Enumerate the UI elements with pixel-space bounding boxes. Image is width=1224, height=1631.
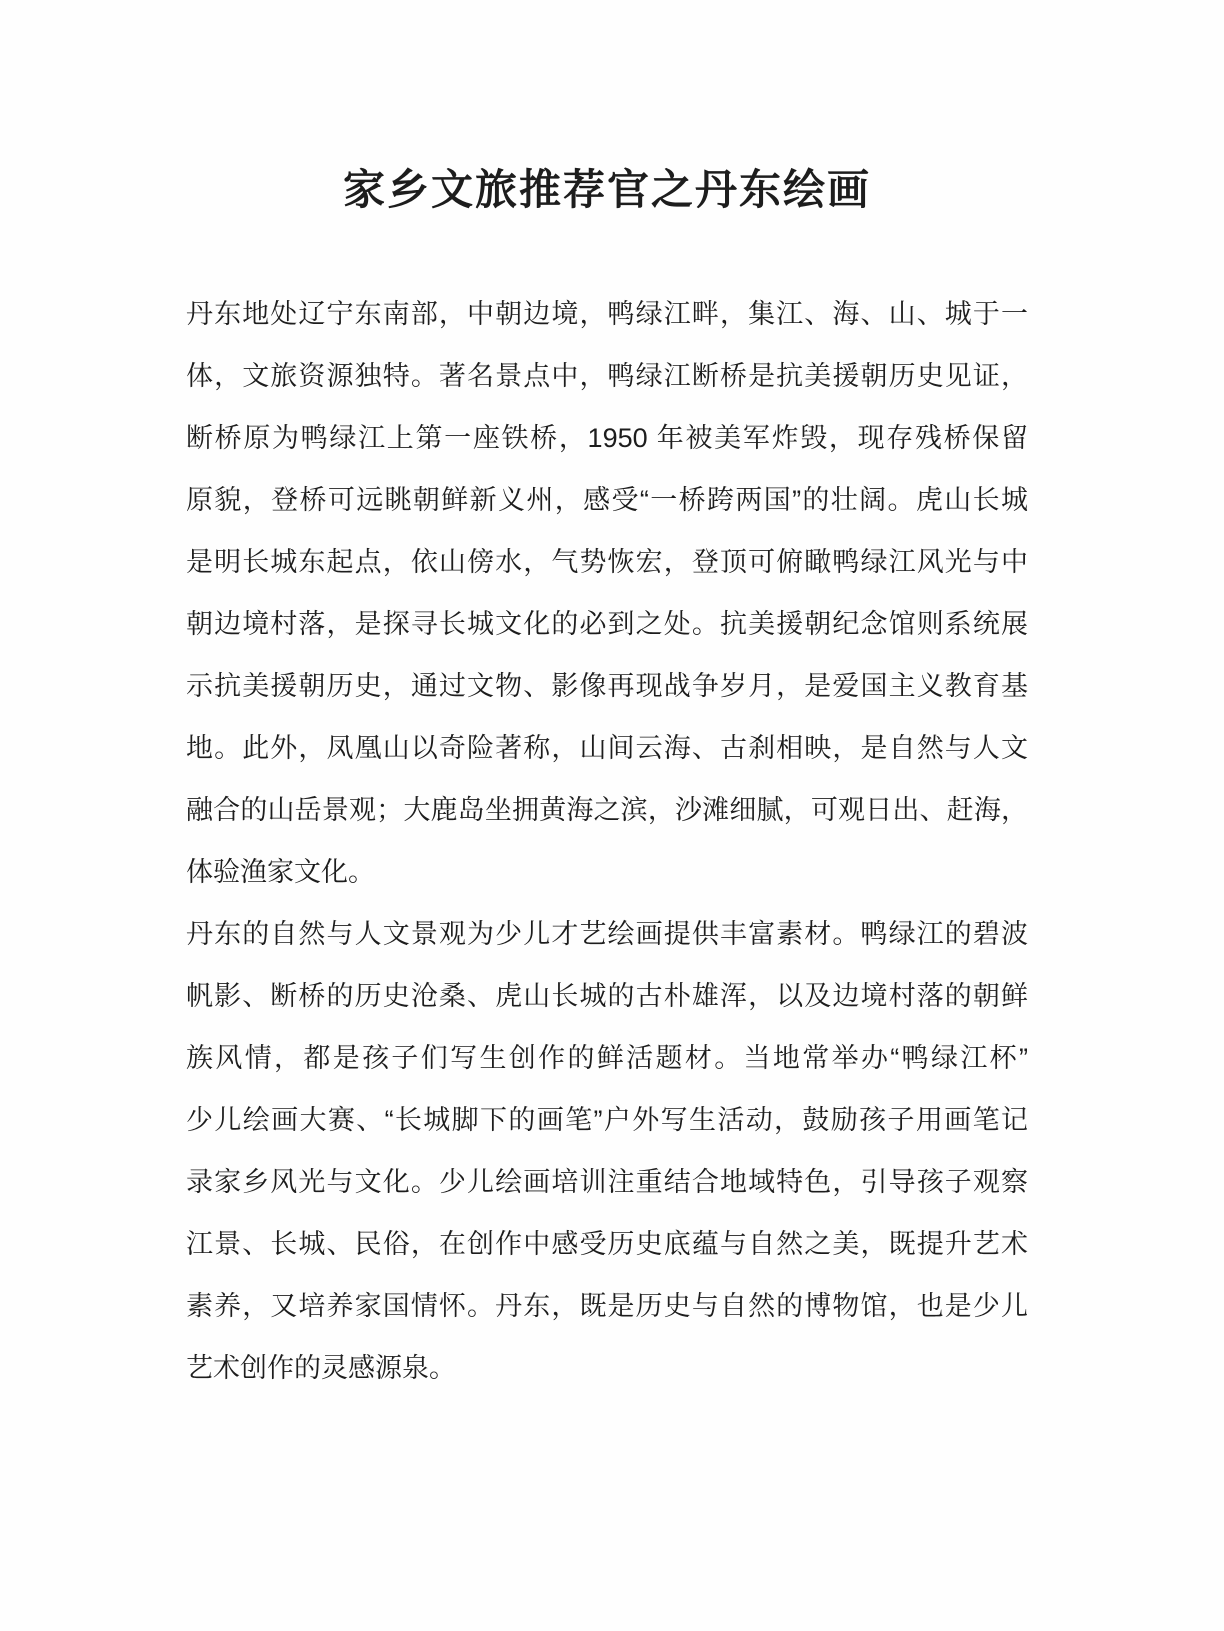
paragraph-line: 原貌，登桥可远眺朝鲜新义州，感受“一桥跨两国”的壮阔。虎山长城 [186,469,1028,531]
paragraph-line: 朝边境村落，是探寻长城文化的必到之处。抗美援朝纪念馆则系统展 [186,593,1028,655]
paragraph-line: 艺术创作的灵感源泉。 [186,1337,1028,1399]
paragraph-line: 示抗美援朝历史，通过文物、影像再现战争岁月，是爱国主义教育基 [186,655,1028,717]
paragraph-line: 断桥原为鸭绿江上第一座铁桥，1950 年被美军炸毁，现存残桥保留 [186,407,1028,469]
paragraph-line: 体验渔家文化。 [186,841,1028,903]
paragraph-line: 是明长城东起点，依山傍水，气势恢宏，登顶可俯瞰鸭绿江风光与中 [186,531,1028,593]
document-body: 丹东地处辽宁东南部，中朝边境，鸭绿江畔，集江、海、山、城于一 体，文旅资源独特。… [186,283,1028,1399]
paragraph-line: 少儿绘画大赛、“长城脚下的画笔”户外写生活动，鼓励孩子用画笔记 [186,1089,1028,1151]
paragraph-line: 江景、长城、民俗，在创作中感受历史底蕴与自然之美，既提升艺术 [186,1213,1028,1275]
paragraph-line: 帆影、断桥的历史沧桑、虎山长城的古朴雄浑，以及边境村落的朝鲜 [186,965,1028,1027]
document-title: 家乡文旅推荐官之丹东绘画 [186,160,1028,219]
paragraph-line: 丹东的自然与人文景观为少儿才艺绘画提供丰富素材。鸭绿江的碧波 [186,903,1028,965]
paragraph-line: 录家乡风光与文化。少儿绘画培训注重结合地域特色，引导孩子观察 [186,1151,1028,1213]
paragraph-line: 融合的山岳景观；大鹿岛坐拥黄海之滨，沙滩细腻，可观日出、赶海， [186,779,1028,841]
paragraph-line: 丹东地处辽宁东南部，中朝边境，鸭绿江畔，集江、海、山、城于一 [186,283,1028,345]
paragraph-1: 丹东地处辽宁东南部，中朝边境，鸭绿江畔，集江、海、山、城于一 体，文旅资源独特。… [186,283,1028,903]
paragraph-line: 族风情，都是孩子们写生创作的鲜活题材。当地常举办“鸭绿江杯” [186,1027,1028,1089]
paragraph-2: 丹东的自然与人文景观为少儿才艺绘画提供丰富素材。鸭绿江的碧波 帆影、断桥的历史沧… [186,903,1028,1399]
paragraph-line: 素养，又培养家国情怀。丹东，既是历史与自然的博物馆，也是少儿 [186,1275,1028,1337]
document-content: 家乡文旅推荐官之丹东绘画 丹东地处辽宁东南部，中朝边境，鸭绿江畔，集江、海、山、… [0,0,1224,1399]
paragraph-line: 体，文旅资源独特。著名景点中，鸭绿江断桥是抗美援朝历史见证， [186,345,1028,407]
document-page: 家乡文旅推荐官之丹东绘画 丹东地处辽宁东南部，中朝边境，鸭绿江畔，集江、海、山、… [0,0,1224,1631]
paragraph-line: 地。此外，凤凰山以奇险著称，山间云海、古刹相映，是自然与人文 [186,717,1028,779]
